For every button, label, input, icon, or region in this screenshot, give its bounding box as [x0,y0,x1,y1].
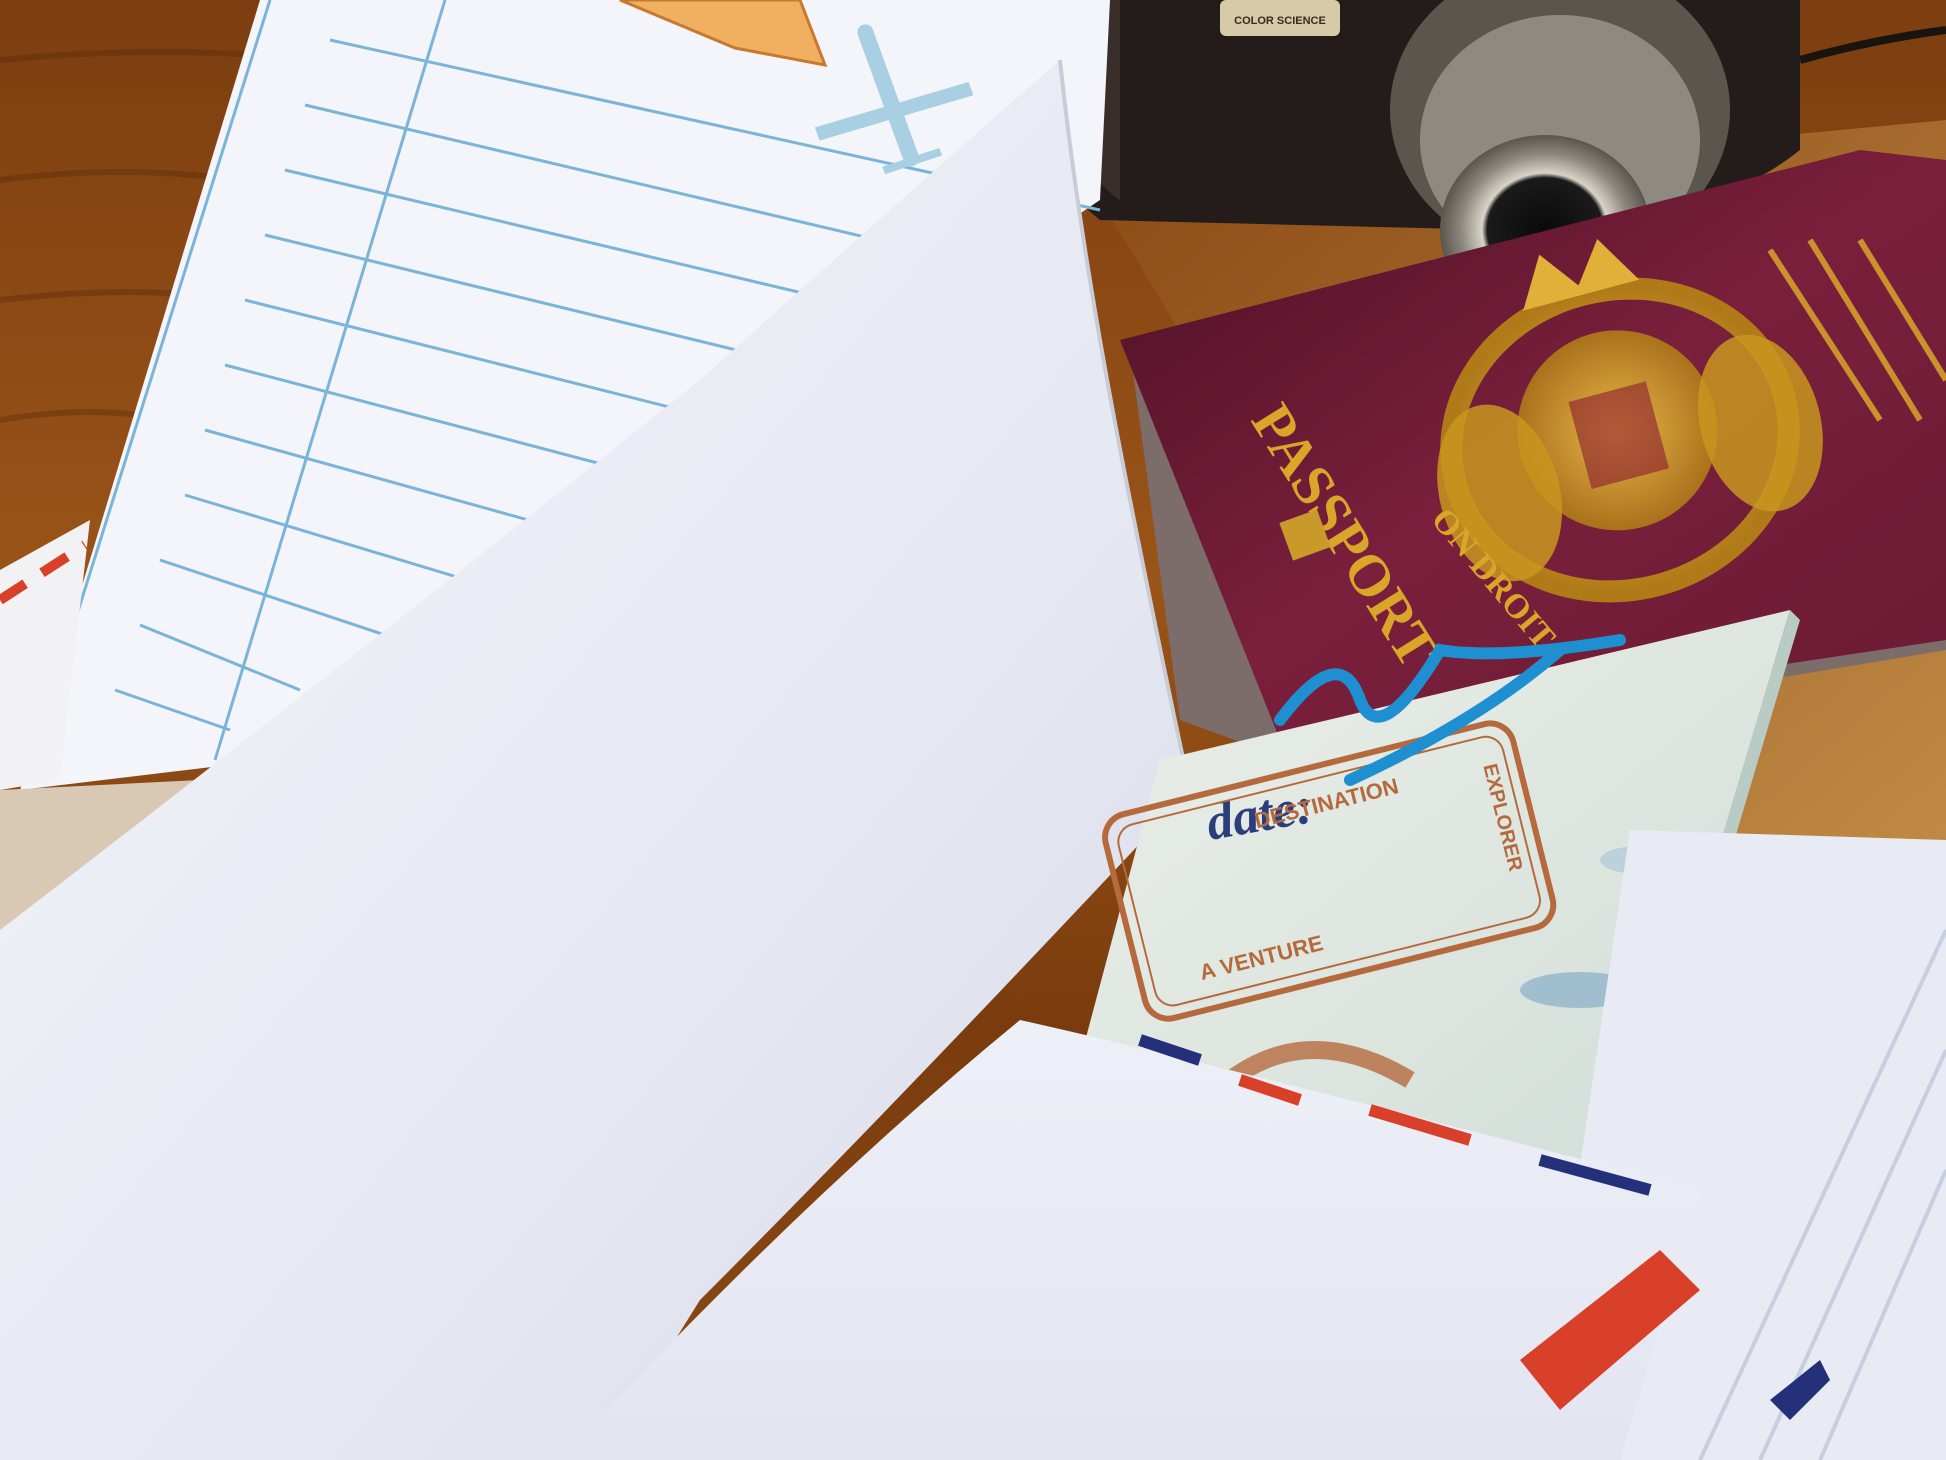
photo-scene: COLOR SCIENCE PASSPORT ON DROIT [0,0,1946,1460]
camera-badge-text: COLOR SCIENCE [1234,15,1326,27]
scene-canvas: COLOR SCIENCE PASSPORT ON DROIT [0,0,1946,1460]
